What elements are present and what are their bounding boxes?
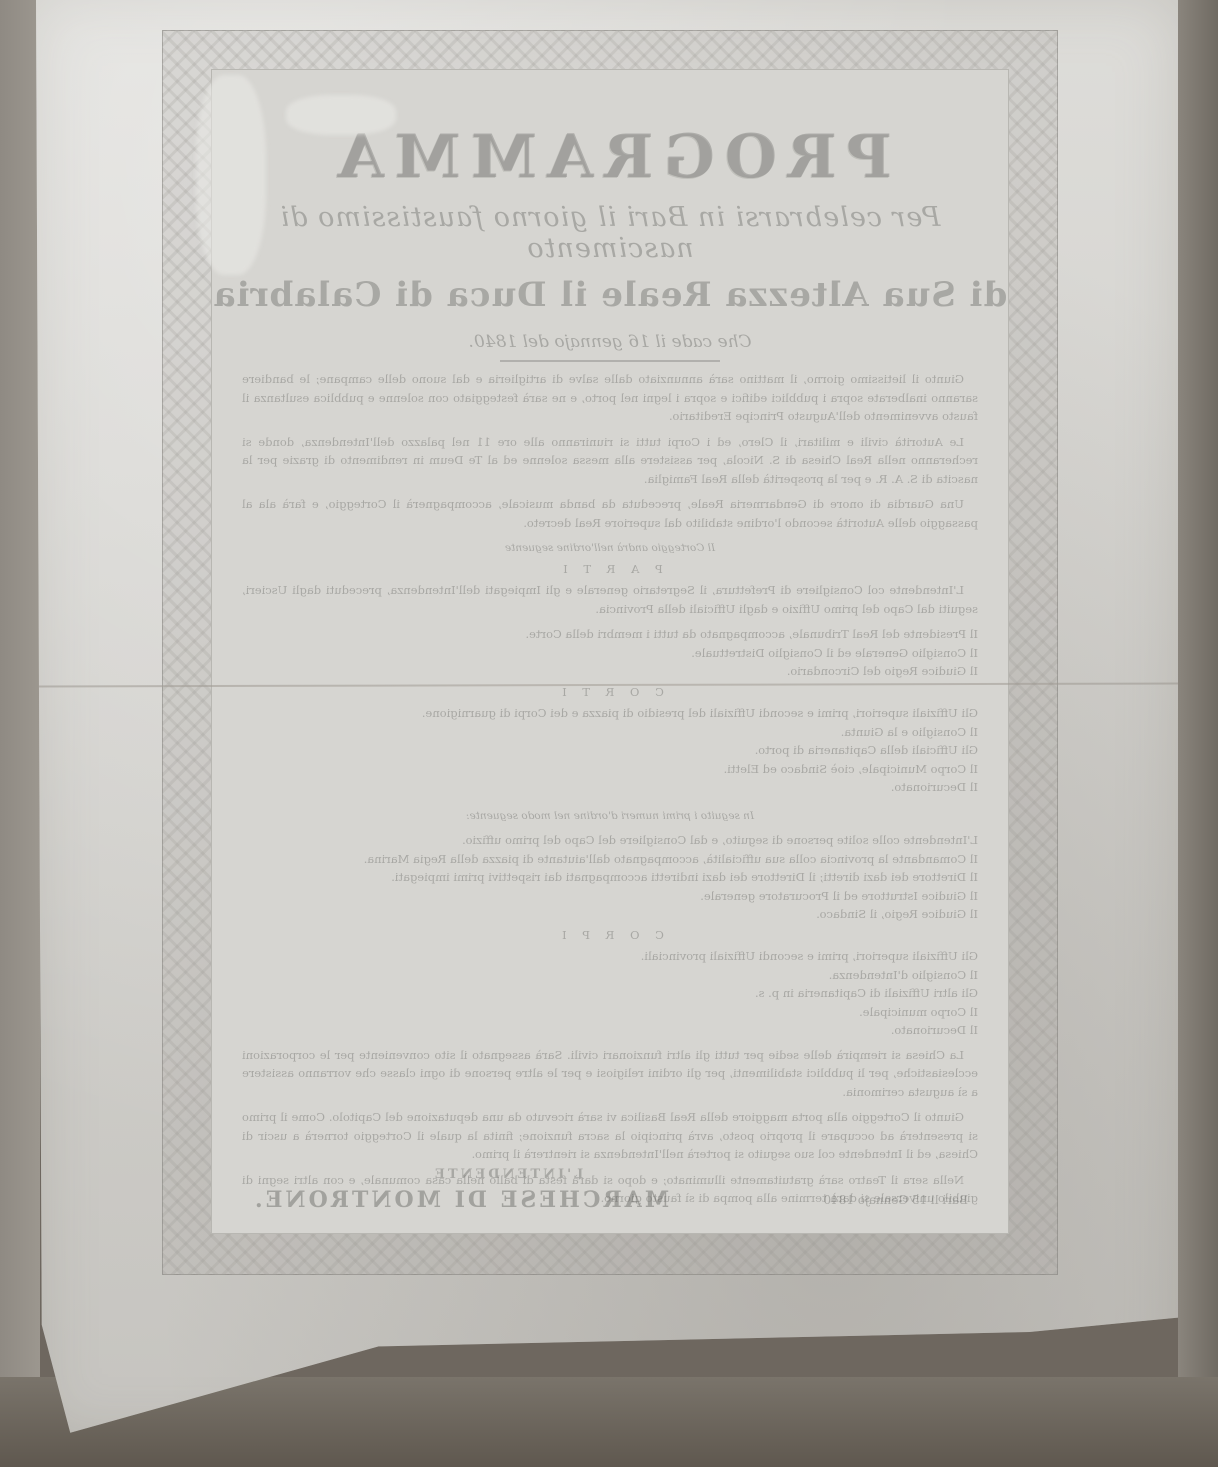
section-heading: P A R T I bbox=[242, 560, 978, 579]
broadsheet-paper: PROGRAMMA Per celebrarsi in Bari il gior… bbox=[36, 0, 1178, 1440]
list-item: Gli Ufficiali della Capitaneria di porto… bbox=[242, 741, 978, 760]
list-item: Il Giudice Istruttore ed il Procuratore … bbox=[242, 887, 978, 906]
paragraph: Le Autorità civili e militari, il Clero,… bbox=[242, 433, 978, 489]
print-area: PROGRAMMA Per celebrarsi in Bari il gior… bbox=[211, 69, 1009, 1234]
list-item: Il Comandante la provincia colla sua uff… bbox=[242, 850, 978, 869]
paragraph: Giunto il Corteggio alla porta maggiore … bbox=[242, 1108, 978, 1164]
list-item: Il Giudice Regio del Circondario. bbox=[242, 662, 978, 681]
paper-blemish bbox=[196, 75, 266, 275]
list-item: L'Intendente colle solite persone di seg… bbox=[242, 831, 978, 850]
signatory-role: L'INTENDENTE bbox=[432, 1167, 583, 1182]
list-item: Il Direttore dei dazi diretti; il Dirett… bbox=[242, 868, 978, 887]
title-rule-divider bbox=[500, 360, 720, 362]
list-item: Il Giudice Regio, il Sindaco. bbox=[242, 905, 978, 924]
paragraph: La Chiesa si riempirà delle sedie per tu… bbox=[242, 1046, 978, 1102]
list-item: Il Consiglio Generale ed il Consiglio Di… bbox=[242, 644, 978, 663]
paragraph: Una Guardia di onore di Gendarmeria Real… bbox=[242, 495, 978, 532]
document-subtitle: Per celebrarsi in Bari il giorno faustis… bbox=[212, 202, 1008, 264]
list-item: Il Corpo Municipale, cioè Sindaco ed Ele… bbox=[242, 760, 978, 779]
list-item: Il Consiglio e la Giunta. bbox=[242, 723, 978, 742]
mirrored-showthrough-text: PROGRAMMA Per celebrarsi in Bari il gior… bbox=[212, 70, 1008, 1233]
list-item: Gli altri Uffiziali di Capitaneria in p.… bbox=[242, 984, 978, 1003]
list-item: Il Consiglio d'Intendenza. bbox=[242, 966, 978, 985]
list-item: Il Presidente del Real Tribunale, accomp… bbox=[242, 625, 978, 644]
paper-blemish bbox=[286, 95, 396, 135]
place-date: Bari li 15 Gennajo 1840 bbox=[823, 1193, 968, 1207]
list-item: Il Decurionato. bbox=[242, 778, 978, 797]
order-note: Il Corteggio andrà nell'ordine seguente bbox=[242, 539, 978, 558]
order-note: In seguito i primi numeri d'ordine nel m… bbox=[242, 807, 978, 826]
dateline: Che cade il 16 gennajo del 1840. bbox=[212, 332, 1008, 352]
signatory-name: MARCHESE DI MONTRONE. bbox=[252, 1187, 669, 1213]
honoree-line: di Sua Altezza Reale il Duca di Calabria bbox=[212, 275, 1008, 315]
paragraph: Giunto il lietissimo giorno, il mattino … bbox=[242, 370, 978, 426]
list-item: Il Decurionato. bbox=[242, 1021, 978, 1040]
section-heading: C O R P I bbox=[242, 926, 978, 945]
section-intro: L'Intendente col Consigliere di Prefettu… bbox=[242, 581, 978, 618]
list-item: Gli Uffiziali superiori, primi e secondi… bbox=[242, 704, 978, 723]
body-text: Giunto il lietissimo giorno, il mattino … bbox=[242, 370, 978, 1215]
background-surface-left bbox=[0, 0, 40, 1467]
decorative-border-frame: PROGRAMMA Per celebrarsi in Bari il gior… bbox=[162, 30, 1058, 1275]
list-item: Il Corpo municipale. bbox=[242, 1003, 978, 1022]
list-item: Gli Uffiziali superiori, primi e secondi… bbox=[242, 947, 978, 966]
background-surface-right bbox=[1178, 0, 1218, 1467]
